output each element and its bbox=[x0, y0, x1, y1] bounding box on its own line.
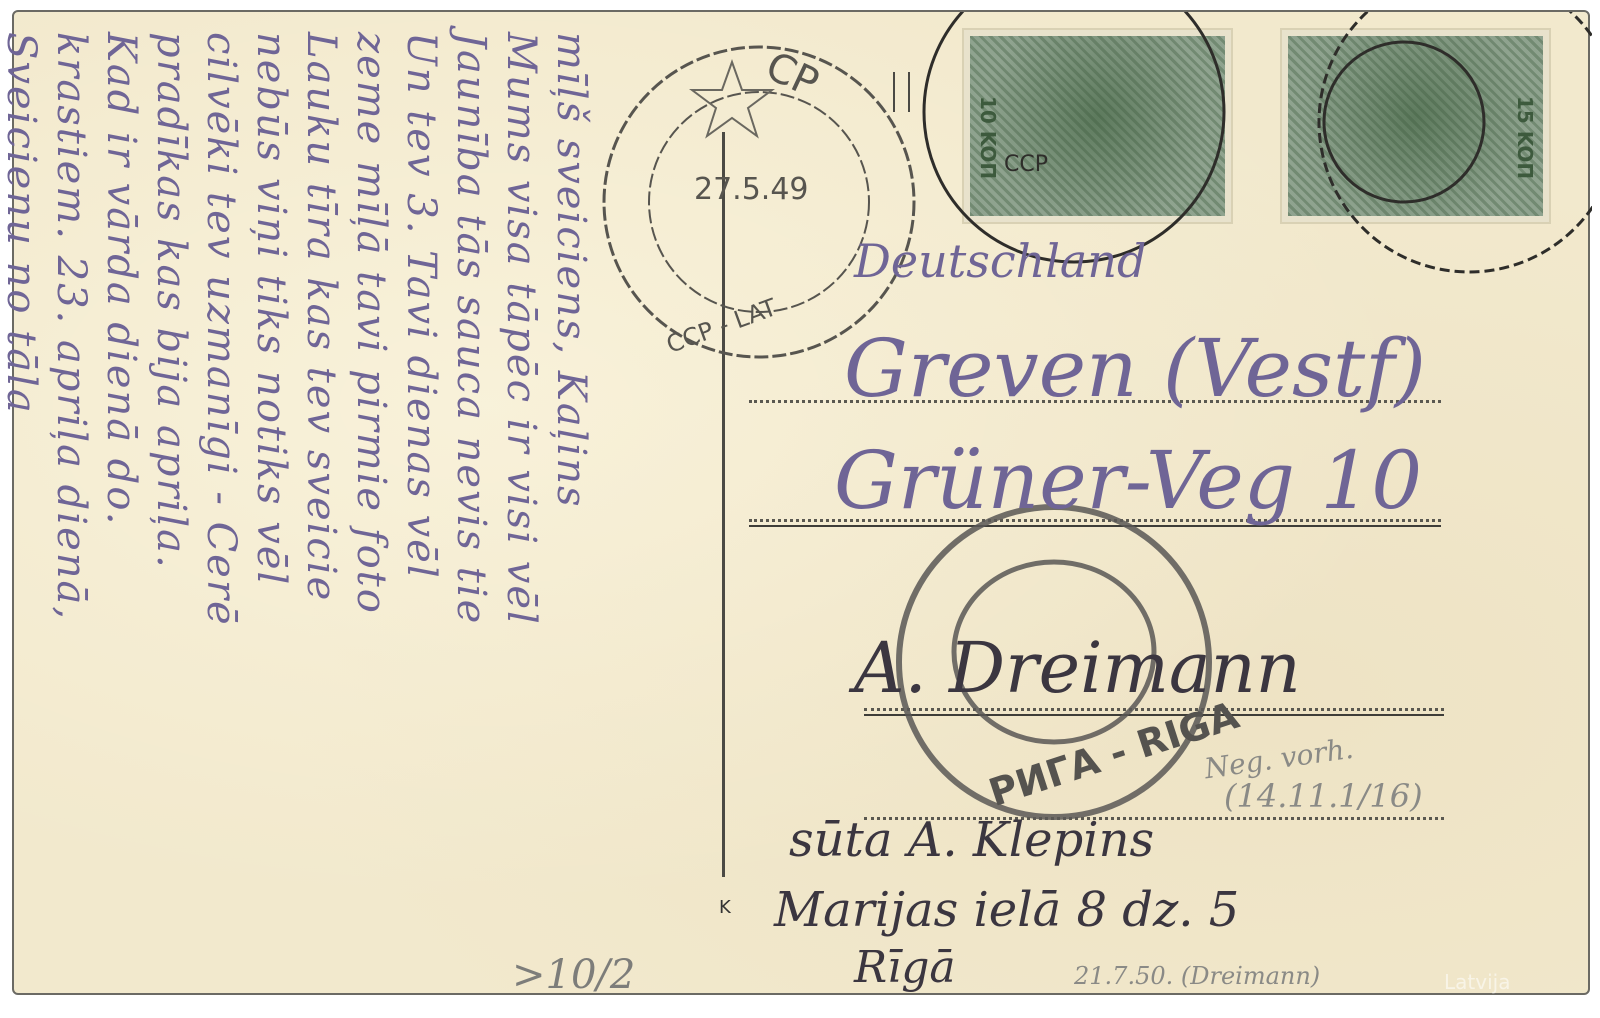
postmark-date: 27.5.49 bbox=[694, 172, 809, 207]
printed-mark: K bbox=[719, 897, 731, 918]
sender-street: Marijas ielā 8 dz. 5 bbox=[774, 882, 1239, 938]
sender-city: Rīgā bbox=[854, 942, 956, 993]
cancel-text: CCP bbox=[1004, 152, 1048, 177]
address-street: Grüner-Veg 10 bbox=[834, 434, 1422, 527]
pencil-note: 21.7.50. (Dreimann) bbox=[1074, 962, 1320, 990]
address-city: Greven (Vestf) bbox=[844, 322, 1426, 415]
star-icon bbox=[692, 62, 772, 136]
postcard: Sveicienu no tāla krastiem. 23. apriļa d… bbox=[12, 10, 1590, 995]
address-country: Deutschland bbox=[854, 234, 1146, 288]
pencil-note: (14.11.1/16) bbox=[1224, 777, 1423, 815]
archive-reference: >10/2 bbox=[512, 952, 635, 998]
address-recipient: A. Dreimann bbox=[854, 627, 1301, 709]
sender-name: sūta A. Klepins bbox=[789, 812, 1154, 868]
watermark: Latvija bbox=[1444, 970, 1510, 994]
